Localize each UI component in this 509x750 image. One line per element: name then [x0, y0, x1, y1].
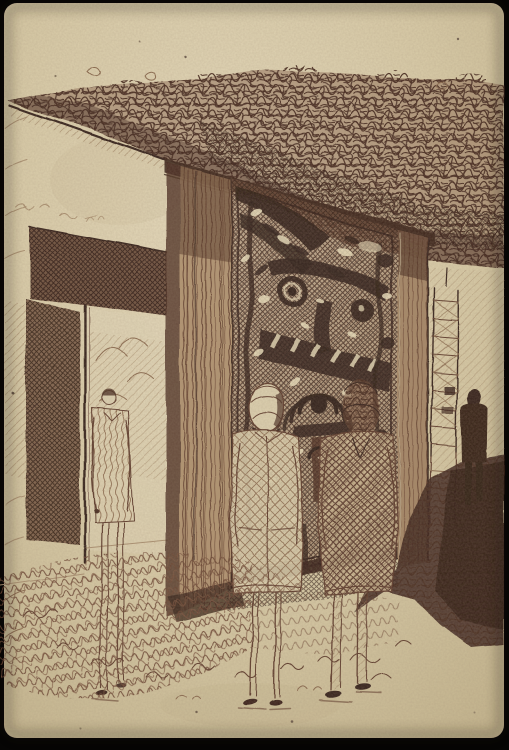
- sketch-svg: [0, 0, 509, 750]
- slide-photo: [0, 0, 509, 750]
- film-grain: [4, 3, 504, 738]
